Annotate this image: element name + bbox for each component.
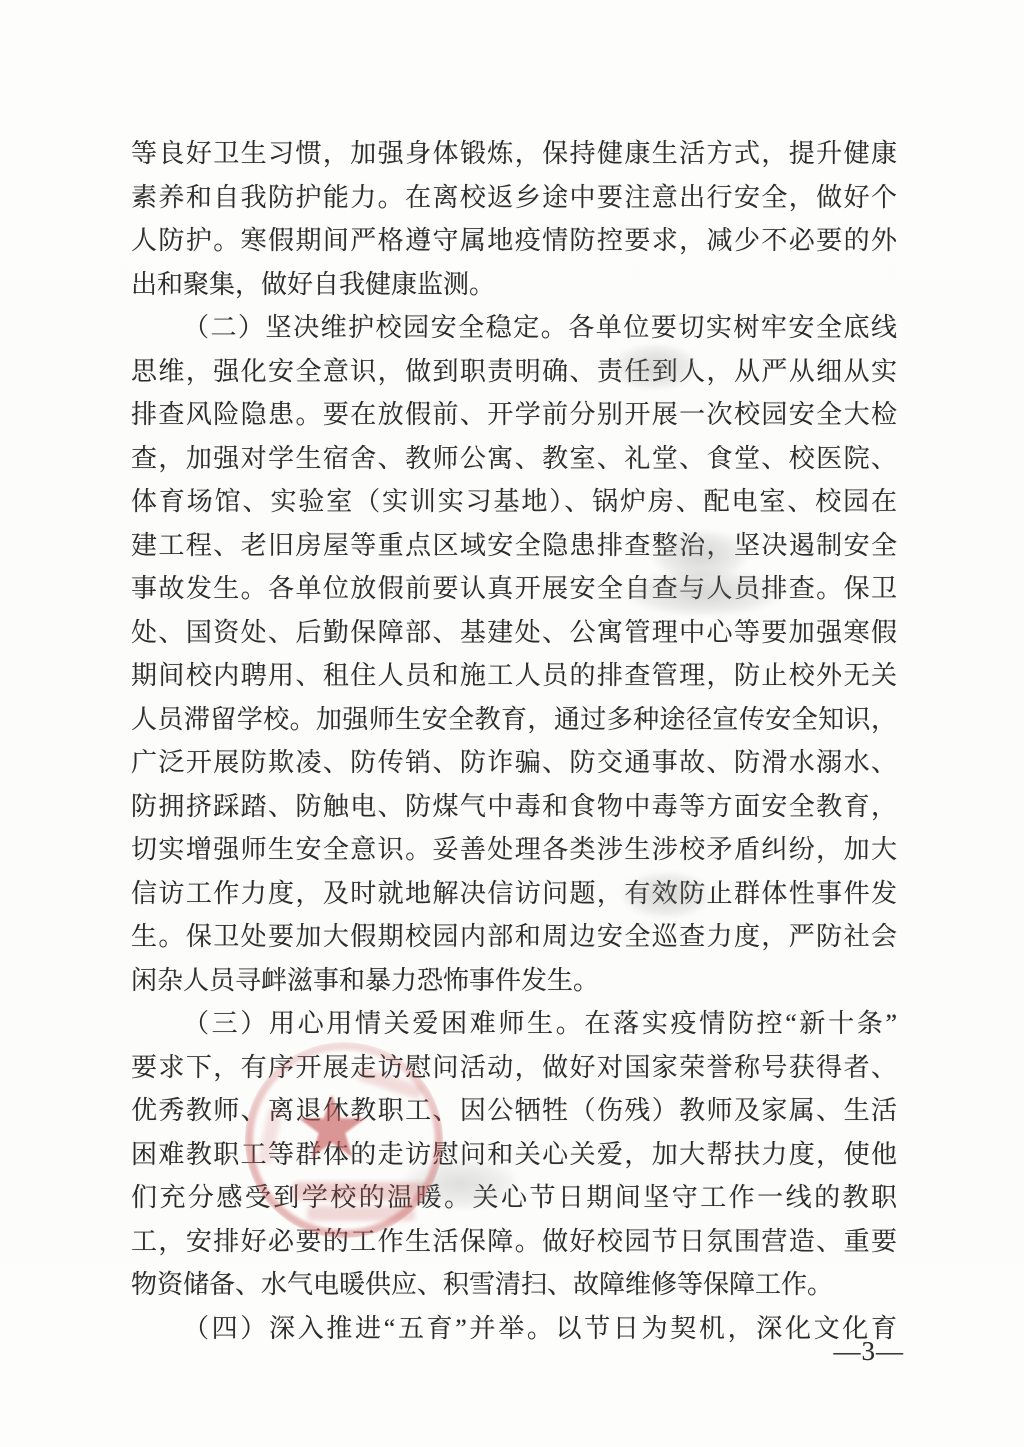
text-line: 查，加强对学生宿舍、教师公寓、教室、礼堂、食堂、校医院、: [131, 437, 897, 481]
text-line: 优秀教师、离退休教职工、因公牺牲（伤残）教师及家属、生活: [131, 1089, 897, 1133]
text-line: 广泛开展防欺凌、防传销、防诈骗、防交通事故、防滑水溺水、: [131, 741, 897, 785]
text-line: 出和聚集，做好自我健康监测。: [131, 263, 897, 307]
text-line: 人防护。寒假期间严格遵守属地疫情防控要求，减少不必要的外: [131, 219, 897, 263]
text-line: 切实增强师生安全意识。妥善处理各类涉生涉校矛盾纠纷，加大: [131, 828, 897, 872]
document-body: 等良好卫生习惯，加强身体锻炼，保持健康生活方式，提升健康素养和自我防护能力。在离…: [131, 132, 897, 1350]
text-line: 思维，强化安全意识，做到职责明确、责任到人，从严从细从实: [131, 350, 897, 394]
text-line: （四）深入推进“五育”并举。以节日为契机，深化文化育: [131, 1307, 897, 1351]
text-line: 处、国资处、后勤保障部、基建处、公寓管理中心等要加强寒假: [131, 611, 897, 655]
text-line: 素养和自我防护能力。在离校返乡途中要注意出行安全，做好个: [131, 176, 897, 220]
text-line: 要求下，有序开展走访慰问活动，做好对国家荣誉称号获得者、: [131, 1046, 897, 1090]
text-line: 建工程、老旧房屋等重点区域安全隐患排查整治，坚决遏制安全: [131, 524, 897, 568]
page-number: —3—: [834, 1336, 905, 1367]
text-line: （二）坚决维护校园安全稳定。各单位要切实树牢安全底线: [131, 306, 897, 350]
text-line: 生。保卫处要加大假期校园内部和周边安全巡查力度，严防社会: [131, 915, 897, 959]
text-line: 物资储备、水气电暖供应、积雪清扫、故障维修等保障工作。: [131, 1263, 897, 1307]
scanned-document-page: 等良好卫生习惯，加强身体锻炼，保持健康生活方式，提升健康素养和自我防护能力。在离…: [0, 0, 1024, 1447]
text-line: 人员滞留学校。加强师生安全教育，通过多种途径宣传安全知识，: [131, 698, 897, 742]
text-line: 闲杂人员寻衅滋事和暴力恐怖事件发生。: [131, 959, 897, 1003]
text-line: 事故发生。各单位放假前要认真开展安全自查与人员排查。保卫: [131, 567, 897, 611]
text-line: 体育场馆、实验室（实训实习基地）、锅炉房、配电室、校园在: [131, 480, 897, 524]
text-line: 工，安排好必要的工作生活保障。做好校园节日氛围营造、重要: [131, 1220, 897, 1264]
text-line: 排查风险隐患。要在放假前、开学前分别开展一次校园安全大检: [131, 393, 897, 437]
text-line: 期间校内聘用、租住人员和施工人员的排查管理，防止校外无关: [131, 654, 897, 698]
text-line: 们充分感受到学校的温暖。关心节日期间坚守工作一线的教职: [131, 1176, 897, 1220]
text-line: 等良好卫生习惯，加强身体锻炼，保持健康生活方式，提升健康: [131, 132, 897, 176]
text-line: 困难教职工等群体的走访慰问和关心关爱，加大帮扶力度，使他: [131, 1133, 897, 1177]
text-line: 防拥挤踩踏、防触电、防煤气中毒和食物中毒等方面安全教育，: [131, 785, 897, 829]
text-line: （三）用心用情关爱困难师生。在落实疫情防控“新十条”: [131, 1002, 897, 1046]
text-line: 信访工作力度，及时就地解决信访问题，有效防止群体性事件发: [131, 872, 897, 916]
